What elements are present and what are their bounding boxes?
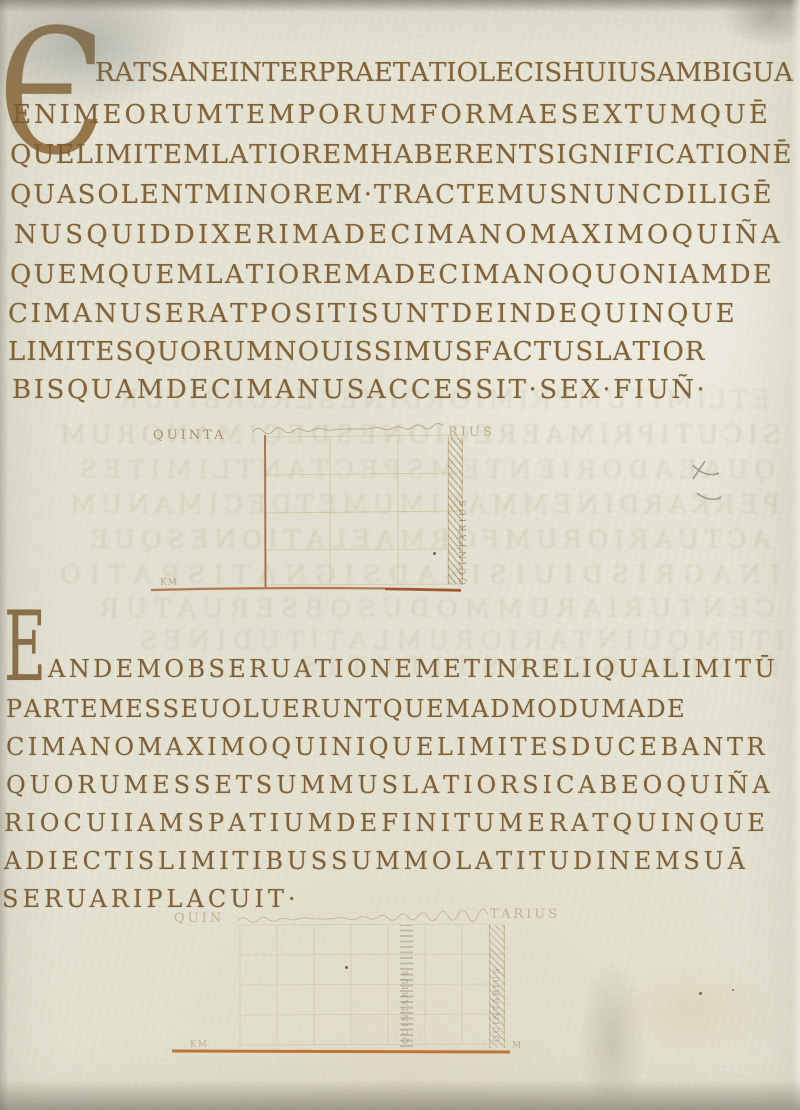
manuscript-line: ADIECTISLIMITIBUSSUMMOLATITUDINEMSUĀ <box>4 847 745 881</box>
manuscript-line: LIMITESQUORUMNOUISSIMUSFACTUSLATIOR <box>8 337 705 371</box>
page-edge-right <box>791 0 800 1110</box>
kardo-line <box>265 435 266 587</box>
decimanus-baseline-dark <box>385 589 461 591</box>
manuscript-line: ANDEMOBSERUATIONEMETINRELIQUALIMITŪ <box>48 655 775 689</box>
ink-speck <box>345 966 348 969</box>
diagram-title-left: QUINTA <box>153 428 226 443</box>
diagram-title-right: TARIUS <box>490 907 560 922</box>
ink-speck <box>433 552 436 555</box>
quintarius-strip-right-label: QUINTARIUS <box>492 930 503 1042</box>
wavy-annotation-line <box>253 424 443 435</box>
manuscript-line: NUSQUIDDIXERIMADECIMANOMAXIMOQUIÑA <box>14 220 780 254</box>
decimanus-baseline <box>172 1051 510 1052</box>
quintarius-strip-label: QUINTARIUS <box>459 447 471 585</box>
manuscript-line: QUASOLENTMINOREM·TRACTEMUSNUNCDILIGĒ <box>10 180 772 214</box>
baseline-label-left: KM <box>190 1040 208 1050</box>
manuscript-page: ETLIMITUMPRIMIORDINESERUABITUR SICUTIPRI… <box>0 0 800 1110</box>
centuriation-grid <box>240 924 504 1045</box>
pen-squiggle-mark <box>685 453 735 508</box>
ink-speck <box>699 992 702 995</box>
manuscript-line: CIMANOMAXIMOQUINIQUELIMITESDUCEBANTR <box>6 733 765 767</box>
illuminated-initial-e2: E <box>4 604 46 690</box>
manuscript-line: QUEMQUEMLATIOREMADECIMANOQUONIAMDE <box>10 260 772 294</box>
page-edge-bottom <box>0 1080 800 1110</box>
manuscript-line: BISQUAMDECIMANUSACCESSIT·SEX·FIUÑ· <box>12 375 705 409</box>
manuscript-line: RIOCUIIAMSPATIUMDEFINITUMERATQUINQUE <box>4 809 765 843</box>
manuscript-line: QUORUMESSETSUMMUSLATIORSICABEOQUIÑA <box>6 771 770 805</box>
ink-speck <box>349 193 351 195</box>
manuscript-line: CIMANUSERATPOSITISUNTDEINDEQUINQUE <box>8 299 735 333</box>
baseline-label: KM <box>160 578 178 588</box>
page-corner-shadow <box>0 0 230 140</box>
quintarius-strip-mid-label: QUINTARIUS <box>401 928 412 1044</box>
manuscript-line: QUELIMITEMLATIOREMHABERENTSIGNIFICATIONĒ <box>10 140 792 174</box>
manuscript-line: PARTEMESSEUOLUERUNTQUEMADMODUMADE <box>6 695 685 729</box>
baseline-label-right: M <box>512 1041 522 1051</box>
page-edge-left <box>0 0 8 1110</box>
centuriation-grid <box>265 435 461 585</box>
page-corner-shadow <box>700 0 800 60</box>
manuscript-line: SERUARIPLACUIT· <box>2 885 300 919</box>
ink-speck <box>732 989 734 991</box>
